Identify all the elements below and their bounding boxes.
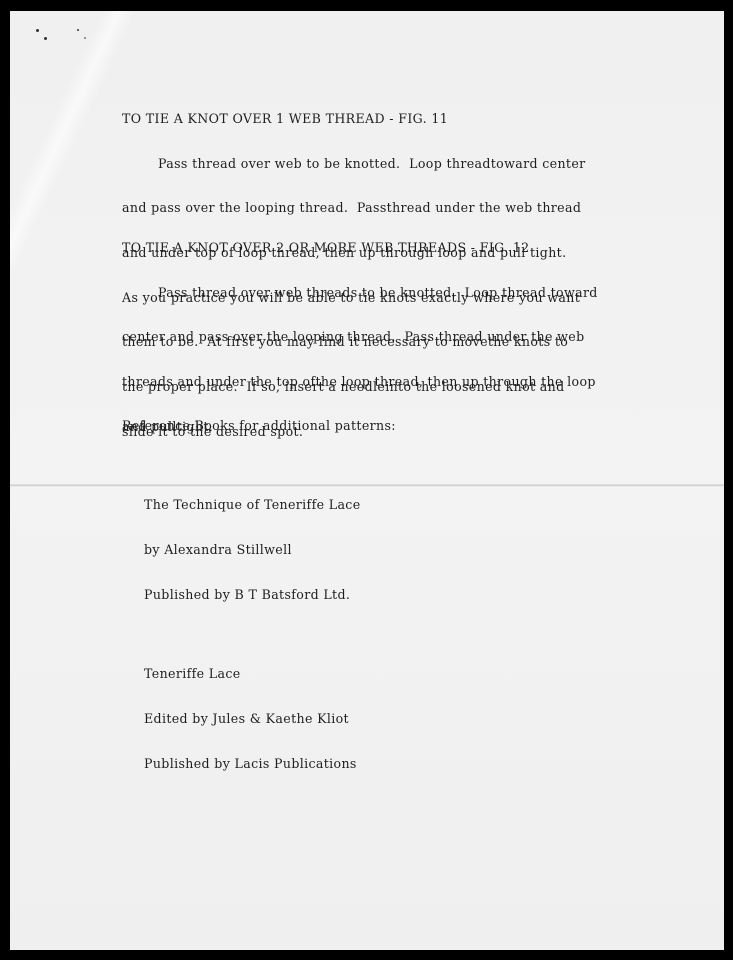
staple-mark (77, 29, 79, 31)
paragraph-line: center and pass over the looping thread.… (122, 330, 598, 345)
book-title: Teneriffe Lace (122, 667, 396, 682)
book-title: The Technique of Teneriffe Lace (122, 498, 396, 513)
staple-mark (36, 29, 39, 32)
staple-mark (84, 37, 86, 39)
book-publisher: Published by B T Batsford Ltd. (122, 588, 396, 603)
section-heading: TO TIE A KNOT OVER 1 WEB THREAD - FIG. 1… (122, 112, 586, 127)
paragraph-line: threads and under the top ofthe loop thr… (122, 375, 598, 390)
book-publisher: Published by Lacis Publications (122, 757, 396, 772)
book-author: by Alexandra Stillwell (122, 543, 396, 558)
book-author: Edited by Jules & Kaethe Kliot (122, 712, 396, 727)
paragraph-line: Pass thread over web to be knotted. Loop… (122, 157, 586, 172)
section-heading: TO TIE A KNOT OVER 2 OR MORE WEB THREADS… (122, 241, 598, 256)
paragraph-line: Pass thread over web threads to be knott… (122, 286, 598, 301)
reference-books: Reference Books for additional patterns:… (122, 389, 396, 787)
references-heading: Reference Books for additional patterns: (122, 419, 396, 434)
staple-mark (44, 37, 47, 40)
